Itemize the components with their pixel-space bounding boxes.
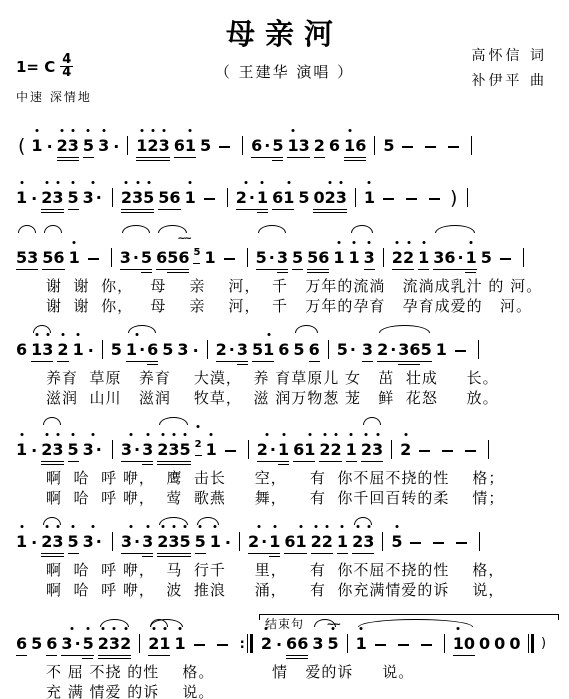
beam-line <box>337 553 348 554</box>
note-digit: 6 <box>444 248 455 267</box>
note: 5· <box>256 248 277 267</box>
note: 1 <box>333 248 344 267</box>
note-digit: 3 <box>121 440 132 459</box>
beam-line <box>121 461 153 462</box>
note-digit: 1 <box>185 136 196 155</box>
score-system: 结束句6563·5232211:2·6635~~110000不 屈 不挠 的性 … <box>12 608 569 699</box>
note-digit: 1 <box>174 634 185 653</box>
note-digit: 5 <box>158 188 169 207</box>
note-digit: 3 <box>132 188 143 207</box>
note: 1 <box>69 248 80 267</box>
note: 5 <box>83 136 94 155</box>
slur-arc <box>358 619 473 627</box>
barline <box>471 136 472 155</box>
barline <box>328 340 329 359</box>
note: 2· <box>377 340 398 359</box>
augmentation-dot: · <box>261 532 267 551</box>
duration-dash <box>219 146 230 148</box>
note-group: 61 <box>272 188 294 207</box>
beam-line-extra <box>257 212 268 213</box>
note-group: 5 <box>481 248 492 267</box>
duration-dash <box>410 542 421 544</box>
beam-line <box>41 556 63 557</box>
beam-line <box>216 361 248 362</box>
note: 1 <box>296 532 307 551</box>
barline <box>391 440 392 459</box>
note-digit: 3 <box>177 340 188 359</box>
note: 1 <box>185 136 196 155</box>
note-group: 3·3 <box>121 532 153 551</box>
note: 3 <box>277 248 288 267</box>
note-digit: 3 <box>109 634 120 653</box>
octave-dot <box>87 129 90 132</box>
note: 1 <box>16 440 27 459</box>
octave-dot <box>130 525 133 528</box>
music-line: 535613·5656~~515·355611322136·15 <box>12 224 569 276</box>
music-line: 1·2353·3·3235212·161221232 <box>12 416 569 468</box>
beam-line <box>98 655 131 656</box>
note-digit: 6 <box>16 634 27 653</box>
beam-line <box>57 160 79 161</box>
note-digit: 2 <box>57 136 68 155</box>
octave-dot <box>163 129 166 132</box>
music-line: (1·2353·1236156·51326165 <box>12 120 569 164</box>
barline-thick <box>531 634 534 653</box>
note-digit: 5 <box>293 340 304 359</box>
octave-dot <box>365 433 368 436</box>
beam-line <box>16 655 27 656</box>
beam-line <box>352 553 374 554</box>
note-group: 5 <box>68 440 79 459</box>
octave-dot <box>147 181 150 184</box>
octave-dot <box>20 181 23 184</box>
note: 3 <box>312 634 323 653</box>
note-group: 6 <box>329 136 340 155</box>
octave-dot <box>92 181 95 184</box>
note-group: 2 <box>261 634 272 653</box>
beam-line <box>41 209 63 210</box>
slur-arc <box>150 619 183 627</box>
note-digit: 5 <box>111 340 122 359</box>
note-group: 3·5 <box>120 248 152 267</box>
note-group: 2 <box>400 440 411 459</box>
note: 1 <box>346 440 357 459</box>
note-digit: 0 <box>494 634 505 653</box>
note: 1 <box>287 136 298 155</box>
octave-dot <box>265 627 268 630</box>
slur-arc <box>351 225 373 233</box>
note-digit: 5 <box>68 440 79 459</box>
note-group: 5 <box>383 136 394 155</box>
note-digit: 5 <box>68 532 79 551</box>
barline <box>444 634 445 653</box>
octave-dot <box>35 129 38 132</box>
beam-line <box>136 160 169 161</box>
beam-line <box>121 212 154 213</box>
lyric-row: 滋润 山川 滋润 牧草， 滋 润万物葱 茏 鲜 花怒 放。 <box>12 388 569 408</box>
note: 6 <box>272 188 283 207</box>
barline <box>467 188 468 207</box>
octave-dot <box>136 181 139 184</box>
note-group: 5~~ <box>327 634 338 653</box>
octave-dot <box>179 627 182 630</box>
octave-dot <box>197 425 200 428</box>
duration-dash <box>375 644 386 646</box>
note-digit: 1 <box>16 188 27 207</box>
note-digit: 5 <box>180 440 191 459</box>
note: 1 <box>257 188 268 207</box>
beam-line-extra <box>465 272 476 273</box>
barline <box>355 188 356 207</box>
note-digit: 1 <box>436 340 447 359</box>
octave-dot <box>396 241 399 244</box>
beam-line <box>121 209 154 210</box>
note-digit: 1 <box>206 440 217 459</box>
note-digit: 3 <box>336 188 347 207</box>
note: 3 <box>336 188 347 207</box>
note: 2 <box>403 248 414 267</box>
note-digit: 2 <box>157 532 168 551</box>
note-digit: 5 <box>16 248 27 267</box>
note-digit: 2 <box>41 188 52 207</box>
beam-line <box>41 553 63 554</box>
octave-dot <box>125 181 128 184</box>
note-group: 1 <box>73 340 84 359</box>
note: 0 <box>509 634 520 653</box>
duration-dash <box>456 542 467 544</box>
note: 3 <box>109 634 120 653</box>
note: 3 <box>372 440 383 459</box>
note-digit: 5 <box>337 340 348 359</box>
note: 2 <box>41 532 52 551</box>
note-digit: 6 <box>156 248 167 267</box>
octave-dot <box>360 627 363 630</box>
beam-line <box>46 655 57 656</box>
note-digit: 1 <box>356 634 367 653</box>
note-digit: 3 <box>364 248 375 267</box>
augmentation-dot: · <box>113 139 119 155</box>
beam-line <box>41 464 63 465</box>
note: 1 <box>206 440 217 459</box>
octave-dot <box>45 525 48 528</box>
note: 1 <box>453 634 464 653</box>
note: 1 <box>174 634 185 653</box>
note: 1 <box>344 136 355 155</box>
note-digit: 6 <box>318 248 329 267</box>
note-group: 16 <box>344 136 366 155</box>
note-group: 23 <box>41 532 63 551</box>
note-digit: 2 <box>157 440 168 459</box>
augmentation-dot: · <box>47 139 53 155</box>
octave-dot <box>189 181 192 184</box>
note-group: 1 <box>204 248 215 267</box>
octave-dot <box>140 129 143 132</box>
note-digit: 2 <box>216 340 227 359</box>
note-digit: 5 <box>193 247 200 258</box>
octave-dot <box>356 525 359 528</box>
note: 3 <box>299 136 310 155</box>
score-system: (1·2353·1236156·51326165 <box>12 120 569 164</box>
barline <box>239 532 240 551</box>
note: 1 <box>466 248 477 267</box>
note-digit: 3 <box>312 634 323 653</box>
note-digit: 3 <box>42 340 53 359</box>
note-digit: 5 <box>252 340 263 359</box>
note-group: 1 <box>185 188 196 207</box>
duration-dash <box>419 450 430 452</box>
augmentation-dot: · <box>264 136 270 155</box>
slur-arc <box>363 417 381 425</box>
note: 2 <box>314 136 325 155</box>
note-group: 3 <box>98 136 109 155</box>
note: 5 <box>180 532 191 551</box>
note-digit: 1 <box>73 340 84 359</box>
lyric-row: 谢 谢 你， 母 亲 河， 千 万年的流淌 流淌成乳汁 的 河。 <box>12 276 569 296</box>
note-digit: 1 <box>31 340 42 359</box>
octave-dot <box>71 627 74 630</box>
credits: 高怀信 词 补伊平 曲 <box>472 44 547 94</box>
beam-line <box>136 157 169 158</box>
beam-line-extra <box>278 464 289 465</box>
note: 1 <box>418 248 429 267</box>
note-digit: 2 <box>57 340 68 359</box>
beam-line <box>126 361 158 362</box>
octave-dot <box>340 181 343 184</box>
note: 2 <box>361 440 372 459</box>
note-digit: 3 <box>433 248 444 267</box>
note: 2 <box>400 440 411 459</box>
beam-line <box>158 209 180 210</box>
note-group: 2·365 <box>377 340 432 359</box>
final-barline <box>528 634 534 653</box>
beam-line <box>251 157 283 158</box>
octave-dot <box>273 525 276 528</box>
note-digit: 2 <box>319 440 330 459</box>
note: 0 <box>464 634 475 653</box>
note-digit: 5 <box>327 634 338 653</box>
beam-line <box>42 269 64 270</box>
note-digit: 2 <box>322 532 333 551</box>
note-group: 13 <box>287 136 309 155</box>
note: 2· <box>248 532 269 551</box>
note-digit: 6 <box>286 634 297 653</box>
note-digit: 1 <box>257 188 268 207</box>
augmentation-dot: · <box>96 440 102 459</box>
note-digit: 1 <box>418 248 429 267</box>
note: 3 <box>362 340 373 359</box>
note-group: 3· <box>83 188 104 207</box>
beam-line <box>61 655 93 656</box>
key-text: 1= C <box>16 58 55 76</box>
composer-credit: 补伊平 曲 <box>472 69 547 94</box>
note-group: 235 <box>121 188 154 207</box>
note: 3 <box>52 532 63 551</box>
key-signature: 1= C 4 4 <box>16 54 73 79</box>
note: 3 <box>168 440 179 459</box>
octave-dot <box>61 129 64 132</box>
note: 5 <box>272 136 283 155</box>
note: 0 <box>313 188 324 207</box>
note-group: 5 <box>200 136 211 155</box>
note-group: 5 <box>298 188 309 207</box>
barline-thin <box>528 634 529 653</box>
note-group: 5 <box>68 188 79 207</box>
note: 3 <box>142 532 153 551</box>
note-group: 1·6 <box>126 340 158 359</box>
note-digit: 2 <box>248 532 259 551</box>
note: 3 <box>98 136 109 155</box>
note-digit: 6 <box>297 634 308 653</box>
note-digit: 1 <box>466 248 477 267</box>
octave-dot <box>300 525 303 528</box>
note-digit: 2 <box>41 532 52 551</box>
octave-dot <box>130 433 133 436</box>
note: 1 <box>278 440 289 459</box>
note: 5 <box>481 248 492 267</box>
slur-arc <box>43 517 61 525</box>
note: 3· <box>83 188 104 207</box>
beam-line-extra <box>167 272 178 273</box>
note-group: 1 <box>210 532 221 551</box>
note-group: 3·3 <box>121 440 153 459</box>
note-digit: 2 <box>400 440 411 459</box>
beam-line <box>319 461 341 462</box>
beam-line <box>364 269 375 270</box>
note-group: 5 <box>111 340 122 359</box>
beam-line <box>148 655 170 656</box>
note: 2 <box>352 532 363 551</box>
note-digit: 3 <box>168 532 179 551</box>
note-digit: 6 <box>278 340 289 359</box>
note: 3· <box>83 440 104 459</box>
note-digit: 1 <box>126 340 137 359</box>
beam-line-extra <box>82 658 93 659</box>
beam-line <box>272 209 294 210</box>
octave-dot <box>348 129 351 132</box>
note-group: 2 <box>57 340 68 359</box>
note-group: 5 <box>293 340 304 359</box>
octave-dot <box>245 181 248 184</box>
beam-line-extra <box>178 272 189 273</box>
octave-dot <box>350 433 353 436</box>
octave-dot <box>282 433 285 436</box>
barline <box>112 188 113 207</box>
note-digit: 5 <box>421 340 432 359</box>
note: 3 <box>159 136 170 155</box>
beam-line <box>236 209 268 210</box>
note: 1 <box>16 532 27 551</box>
note-digit: 6 <box>46 634 57 653</box>
octave-dot <box>199 525 202 528</box>
score-header: 母亲河 （ 王建华 演唱 ） 高怀信 词 补伊平 曲 1= C 4 4 中速 深… <box>0 0 569 112</box>
octave-dot <box>113 627 116 630</box>
note: 6 <box>329 136 340 155</box>
note: 3· <box>120 248 141 267</box>
barline <box>242 136 243 155</box>
note: 2· <box>236 188 257 207</box>
note-digit: 1 <box>283 188 294 207</box>
note-group: 0 <box>494 634 505 653</box>
note-digit: 1 <box>69 248 80 267</box>
note: 6 <box>297 634 308 653</box>
octave-dot <box>56 525 59 528</box>
note-digit: 3 <box>277 248 288 267</box>
note: 2· <box>257 440 278 459</box>
augmentation-dot: · <box>390 340 396 359</box>
lyric-row: 谢 谢 你， 母 亲 河， 千 万年的孕育 孕育成爱的 河。 <box>12 296 569 316</box>
note-digit: 6 <box>169 188 180 207</box>
note-group: 1 <box>337 532 348 551</box>
augmentation-dot: · <box>276 637 282 653</box>
octave-dot <box>161 525 164 528</box>
beam-line <box>453 655 475 656</box>
beam-line <box>311 553 333 554</box>
note: 6 <box>284 532 295 551</box>
beam-line <box>346 461 357 462</box>
octave-dot <box>395 525 398 528</box>
beam-line <box>156 269 189 270</box>
note-group: 5 <box>83 136 94 155</box>
lyric-row: 养育 草原 养育 大漠， 养 育草原儿 女 茁 壮成 长。 <box>12 368 569 388</box>
note-digit: 3 <box>142 532 153 551</box>
note-digit: 5 <box>31 634 42 653</box>
beam-line <box>287 157 309 158</box>
note-digit: 5 <box>167 248 178 267</box>
duration-dash <box>465 450 476 452</box>
lyric-row: 啊 哈 呼 咿， 波 推浪 涌， 有 你充满情爱的诉 说， <box>12 580 569 600</box>
note-group: 3· <box>83 440 104 459</box>
note: 3 <box>177 340 188 359</box>
barline <box>127 136 128 155</box>
note-digit: 5 <box>141 248 152 267</box>
beam-line <box>292 269 303 270</box>
note-group: 2·1 <box>257 440 289 459</box>
octave-dot <box>210 433 213 436</box>
note: 2 <box>148 634 159 653</box>
note: 2· <box>216 340 237 359</box>
note-group: 23 <box>41 188 63 207</box>
augmentation-dot: · <box>225 535 231 551</box>
beam-line <box>68 553 79 554</box>
octave-dot <box>422 241 425 244</box>
octave-dot <box>72 181 75 184</box>
beam-line <box>433 269 477 270</box>
note-digit: 1 <box>210 532 221 551</box>
beam-line <box>157 464 190 465</box>
lyric-row: 充 满 情爱 的诉 说。 <box>12 682 569 699</box>
note-group: 1 <box>436 340 447 359</box>
note-group: 5 <box>195 532 206 551</box>
note-digit: 2 <box>392 248 403 267</box>
note-digit: 1 <box>287 136 298 155</box>
note: 1 <box>16 188 27 207</box>
note: 2 <box>261 634 272 653</box>
barline <box>112 532 113 551</box>
note-group: 1 <box>418 248 429 267</box>
note-group: 1 <box>16 440 27 459</box>
note-group: 23 <box>352 532 374 551</box>
note-digit: 2 <box>41 440 52 459</box>
barline <box>383 248 384 267</box>
note-digit: 5 <box>298 188 309 207</box>
note-group: 1 <box>174 634 185 653</box>
beam-line-extra <box>272 160 283 161</box>
barline <box>523 248 524 267</box>
note-digit: 1 <box>304 440 315 459</box>
octave-dot <box>267 333 270 336</box>
beam-line-extra <box>269 556 280 557</box>
note: 2 <box>331 440 342 459</box>
